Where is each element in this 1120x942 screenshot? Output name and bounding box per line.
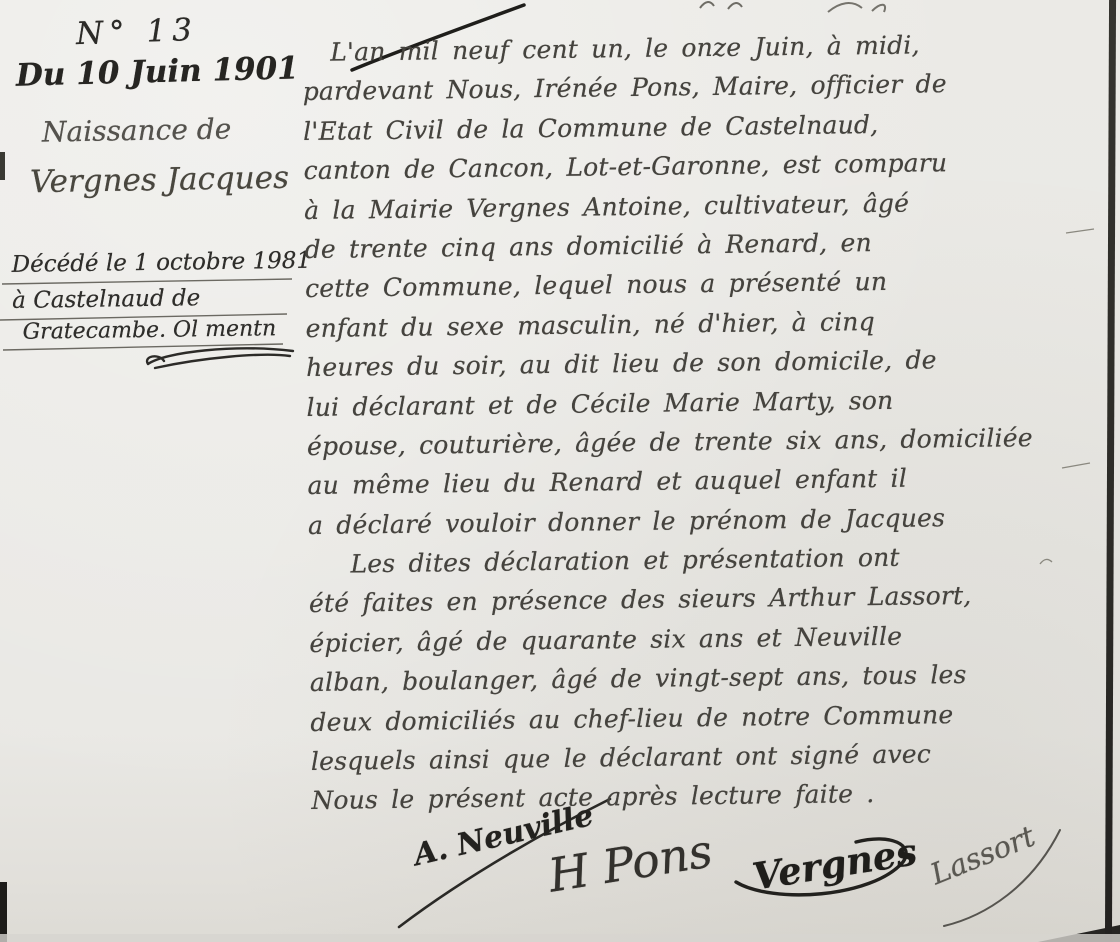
death-note-underline [2, 279, 292, 284]
death-note-underline [3, 344, 283, 350]
register-page: N° 13 Du 10 Juin 1901 Naissance de Vergn… [0, 0, 1120, 942]
death-note-line: Décédé le 1 octobre 1981 [12, 248, 312, 278]
person-name: Vergnes Jacques [30, 160, 290, 201]
margin-paraph [147, 348, 293, 368]
page-edge-mark [0, 152, 5, 180]
signature-vergnes: Vergnes [750, 829, 920, 898]
death-note-line: Gratecambe. Ol mentn [22, 316, 276, 345]
previous-entry-remnant [700, 2, 742, 9]
page-edge-left-bottom [0, 882, 7, 942]
act-number: N° 13 [75, 12, 198, 52]
death-note-line: à Castelnaud de [12, 285, 200, 314]
page-bottom-shadow [0, 934, 1120, 942]
previous-entry-remnant [828, 3, 885, 12]
act-body-text: L'an mil neuf cent un, le onze Juin, à m… [302, 23, 1096, 820]
body-line: Nous le présent acte après lecture faite… [311, 772, 1095, 821]
act-type-label: Naissance de [42, 112, 232, 148]
act-date: Du 10 Juin 1901 [16, 50, 300, 93]
signature-lassort: Lassort [926, 819, 1040, 891]
page-edge-right [1105, 0, 1116, 942]
